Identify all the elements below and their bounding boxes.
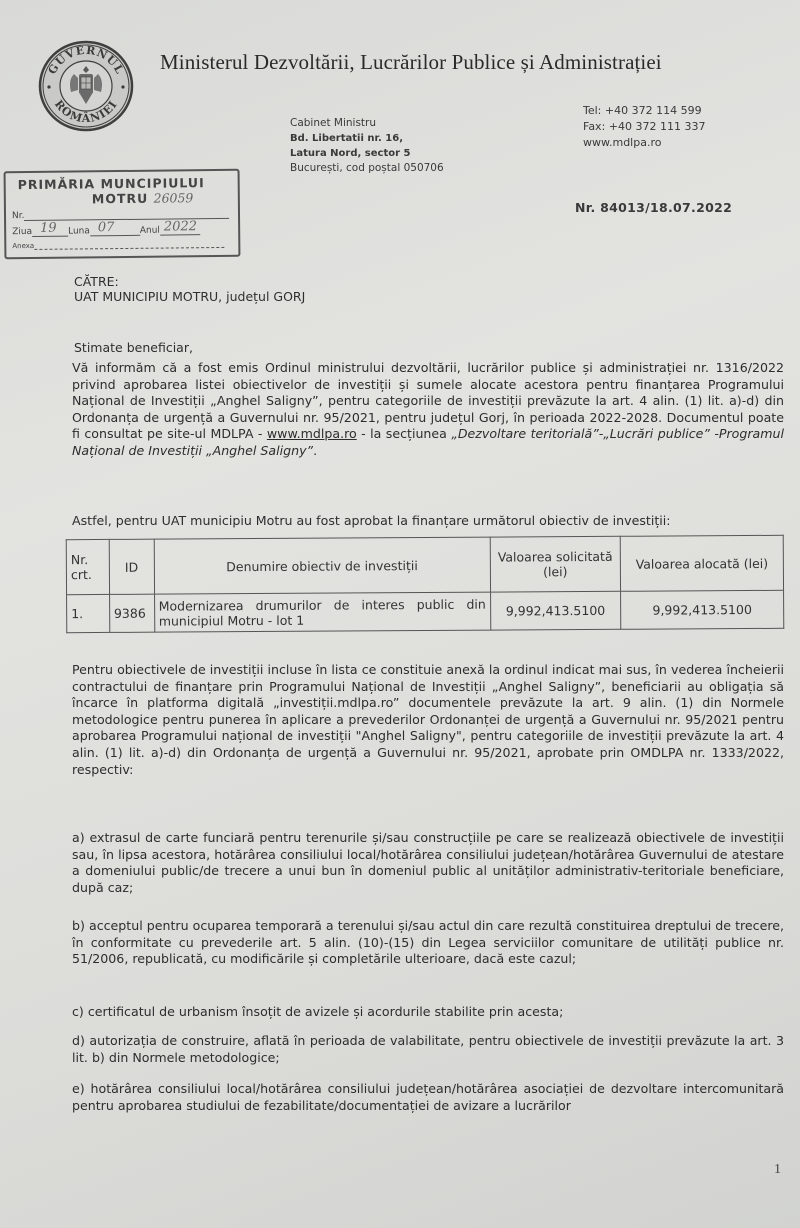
header-objective-name: Denumire obiectiv de investiții: [154, 537, 490, 594]
list-item-e: e) hotărârea consiliului local/hotărârea…: [72, 1081, 784, 1114]
intro-paragraph: Vă informăm că a fost emis Ordinul minis…: [72, 360, 784, 460]
government-seal: GUVERNUL ROMÂNIEI: [38, 40, 134, 132]
recipient-label: CĂTRE:: [74, 274, 305, 289]
investment-table: Nr. crt. ID Denumire obiectiv de investi…: [66, 535, 785, 633]
address-city: București, cod poștal 050706: [290, 161, 444, 176]
cell-nr: 1.: [67, 594, 110, 632]
stamp-ziua-value: 19: [40, 221, 57, 236]
list-item-b: b) acceptul pentru ocuparea temporară a …: [72, 918, 784, 968]
address-area: Latura Nord, sector 5: [290, 146, 444, 161]
list-item-d: d) autorizația de construire, aflată în …: [72, 1033, 784, 1066]
intro-text-2: - la secțiunea: [357, 426, 452, 441]
address-street: Bd. Libertatii nr. 16,: [290, 131, 444, 146]
greeting: Stimate beneficiar,: [74, 340, 193, 355]
recipient-block: CĂTRE: UAT MUNICIPIU MOTRU, județul GORJ: [74, 274, 305, 304]
table-header-row: Nr. crt. ID Denumire obiectiv de investi…: [66, 535, 783, 594]
stamp-anexa-label: Anexa: [12, 242, 34, 250]
cell-id: 9386: [109, 594, 154, 632]
stamp-anul-value: 2022: [164, 219, 197, 234]
ministry-address: Cabinet Ministru Bd. Libertatii nr. 16, …: [290, 116, 444, 176]
list-item-c: c) certificatul de urbanism însoțit de a…: [72, 1004, 784, 1021]
cell-allocated-value: 9,992,413.5100: [621, 590, 784, 629]
mdlpa-link[interactable]: www.mdlpa.ro: [267, 426, 357, 441]
list-item-a: a) extrasul de carte funciară pentru ter…: [72, 830, 784, 896]
stamp-date-row: Ziua19Luna07Anul2022: [12, 225, 200, 237]
cell-objective-name: Modernizarea drumurilor de interes publi…: [154, 592, 490, 632]
obligations-paragraph: Pentru obiectivele de investiții incluse…: [72, 662, 784, 778]
ministry-name: Ministerul Dezvoltării, Lucrărilor Publi…: [160, 50, 662, 75]
stamp-luna-value: 07: [98, 220, 115, 235]
stamp-ziua-label: Ziua: [12, 227, 32, 237]
contact-phone: Tel: +40 372 114 599: [583, 103, 705, 119]
recipient-name: UAT MUNICIPIU MOTRU, județul GORJ: [74, 289, 305, 304]
ministry-contact: Tel: +40 372 114 599 Fax: +40 372 111 33…: [583, 103, 705, 151]
table-row: 1. 9386 Modernizarea drumurilor de inter…: [67, 590, 784, 632]
header-requested-value: Valoarea solicitată (lei): [490, 536, 621, 592]
contact-website: www.mdlpa.ro: [583, 135, 705, 151]
table-intro: Astfel, pentru UAT municipiu Motru au fo…: [72, 513, 784, 530]
header-nr-crt: Nr. crt.: [66, 539, 109, 594]
contact-fax: Fax: +40 372 111 337: [583, 119, 705, 135]
address-office: Cabinet Ministru: [290, 116, 444, 131]
header-allocated-value: Valoarea alocată (lei): [620, 535, 783, 591]
page-number: 1: [774, 1162, 781, 1178]
stamp-institution: MOTRU: [92, 191, 149, 207]
coat-of-arms-icon: GUVERNUL ROMÂNIEI: [38, 40, 134, 132]
document-number: Nr. 84013/18.07.2022: [575, 200, 732, 215]
stamp-anul-label: Anul: [140, 226, 160, 236]
header-id: ID: [109, 539, 154, 594]
stamp-nr-label: Nr.: [12, 211, 25, 221]
registration-stamp: PRIMĂRIA MUNCIPIULUI MOTRU 26059 Nr. Ziu…: [4, 169, 241, 259]
stamp-anexa-row: Anexa: [12, 240, 224, 250]
stamp-handwritten-number: 26059: [153, 190, 193, 205]
stamp-line-2: MOTRU 26059: [92, 190, 194, 206]
stamp-luna-label: Luna: [68, 226, 90, 236]
intro-text-3: .: [313, 443, 317, 458]
cell-requested-value: 9,992,413.5100: [490, 591, 621, 630]
